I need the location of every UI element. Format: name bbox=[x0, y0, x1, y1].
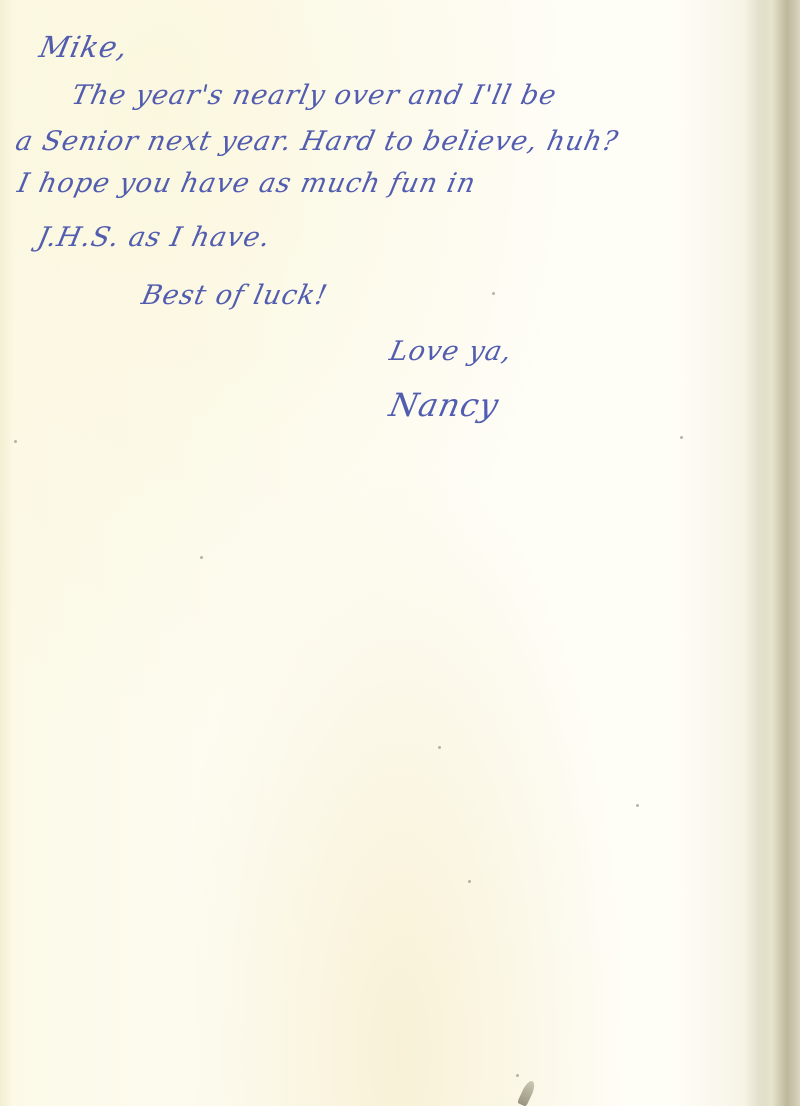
body-line-1: The year's nearly over and I'll be bbox=[69, 80, 560, 111]
paper-speck bbox=[468, 880, 471, 883]
book-gutter-shadow bbox=[756, 0, 800, 1106]
body-line-4: J.H.S. as I have. bbox=[35, 222, 274, 253]
yearbook-page: Mike, The year's nearly over and I'll be… bbox=[0, 0, 800, 1106]
paper-speck bbox=[492, 292, 495, 295]
body-line-2: a Senior next year. Hard to believe, huh… bbox=[13, 126, 622, 157]
paper-speck bbox=[636, 804, 639, 807]
paper-speck bbox=[516, 1074, 519, 1077]
signature: Nancy bbox=[386, 386, 503, 424]
paper-speck bbox=[14, 440, 17, 443]
body-line-3: I hope you have as much fun in bbox=[15, 168, 479, 199]
paper-speck bbox=[680, 436, 683, 439]
signoff-line: Love ya, bbox=[387, 336, 516, 367]
paper-speck bbox=[200, 556, 203, 559]
greeting: Mike, bbox=[36, 30, 131, 64]
closing-line: Best of luck! bbox=[139, 280, 331, 311]
page-left-edge bbox=[0, 0, 14, 1106]
paper-speck bbox=[438, 746, 441, 749]
pen-mark bbox=[517, 1079, 537, 1106]
